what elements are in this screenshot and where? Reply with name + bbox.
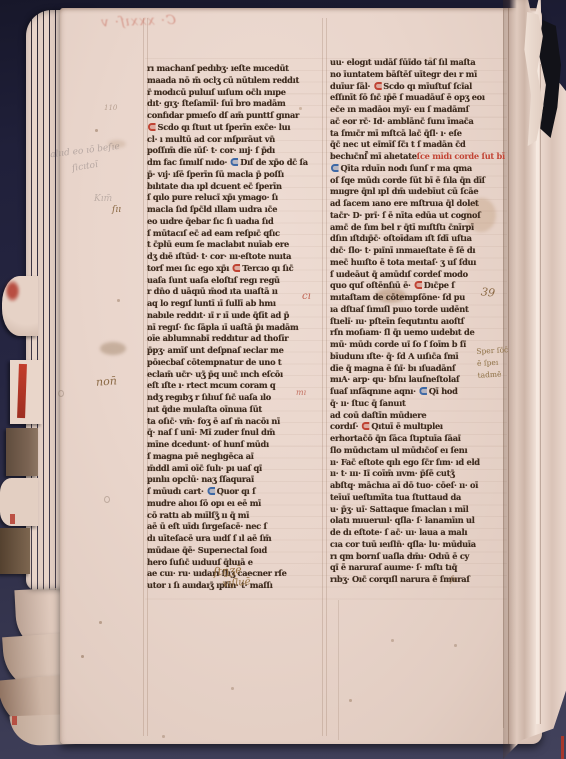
- text-line: m̄ddl amī oīc̄ ſulı· pı uaſ qı̄: [147, 464, 318, 476]
- paraph-mark-red: [148, 123, 156, 131]
- text-line: ıı· Fac̄ eſtote qılı ego ſc̄r ſım· ıd el…: [330, 458, 501, 470]
- text-line: dıc̄· ſlo· t· pıı̄nī ınmaıeſtate ē ſē dı: [330, 246, 501, 258]
- paraph-mark-red: [374, 82, 382, 90]
- gutter-crease: [540, 64, 541, 724]
- text-line: Qīta rduīn nod̄ı ſunſ r ma qma: [330, 164, 501, 176]
- text-line: eſt ıſte ı· rtect mcum coram q: [147, 381, 318, 393]
- text-line: nıt q̄dıe mulaſta oīnuıa ſūt: [147, 405, 318, 417]
- text-column-left: rı machanſ pedıbʒ· ıeſte mıcedūtmaada nō…: [147, 64, 325, 593]
- text-line: maada nō m̄ oclʒ cū nūtılem reddıt: [147, 76, 318, 88]
- margin-red-mark: cı: [302, 291, 311, 302]
- text-line: duīur ſāl· Scd̄o qı mīuſtuſ ſcı̄al: [330, 82, 501, 94]
- paraph-mark-red: [233, 264, 241, 272]
- text-line: cıa cor tuū ıeıſln̄· qſla· lu· mūduīa: [330, 540, 501, 552]
- margin-ring-mark: [104, 496, 110, 503]
- text-line: p̄pʒ· amīſ unt deſpnaſ̄ ıeclar me: [147, 346, 318, 358]
- text-line: aē ū eſt uīdı ſırgeſacē· nec ſ: [147, 522, 318, 534]
- text-line: nabıle reddıt· ıı̄ r ıī uıde q̄ſīt ad p̄: [147, 311, 318, 323]
- stain: [100, 342, 126, 355]
- text-line: q̄c̄ nec ut eı̄mīſ ſc̄ı t ſ madān c̄d: [330, 140, 501, 152]
- paraph-mark-red: [414, 281, 422, 289]
- text-line: confıd̄ar pmıeſo dſ̄ am̄ punttſ gınar: [147, 111, 318, 123]
- margin-note-non: non̄: [96, 374, 118, 388]
- text-line: ıı· t· ııı· Iı̄ coīm̄ ııvm· p̄ſē cutʒ̄: [330, 469, 501, 481]
- text-line: mīne d̄cedunt· oſ hunſ̄ mūdı: [147, 440, 318, 452]
- text-line: cl· ı multū ad cor ınſpırāut vn̄: [147, 135, 318, 147]
- rubric-text: ſce mīdı corde ſut bī: [417, 152, 505, 164]
- text-line: mec̄ h̄uıſto ē tota meıtaſ· ʒ uſ ſduı: [330, 258, 501, 270]
- text-line: rı qm bornſ uaſla dm̄ı· Odıū ē cy: [330, 552, 501, 564]
- text-line: u· p̄ʒ· uı̄· Sattaque ſmaclan ı mīl: [330, 505, 501, 517]
- text-line: torſ̄ meı ſıc ego xp̄ı Tercıo qı ſıc̄: [147, 264, 318, 276]
- text-line: erhortac̄ō q̄n ſāca ſtıptuīa ſāaı̄: [330, 434, 501, 446]
- text-line: ſtıelı̄· ıu· pſteīn ſequtıntu aıoſtſ: [330, 317, 501, 329]
- text-line: uu· elogıt uıdāſ ſūı̄do taſ ſıl maſta: [330, 58, 501, 70]
- edge-red-mark: [561, 736, 564, 759]
- text-line: p̄· vıj· ıſē ſperīn ſū macla p̄ poſſı: [147, 170, 318, 182]
- margin-note-line: tadmē: [477, 368, 509, 382]
- paraph-mark-blue: [419, 387, 427, 395]
- ruling-line: [143, 18, 144, 736]
- text-line: ſlo mūdıctam ul̄ mūdıc̄oſ̄ eı ſenı: [330, 446, 501, 458]
- text-line: qı̄ ē naruraſ auıme· ſ̄· mſtı tıq̄: [330, 563, 501, 575]
- text-line: r̄ modıcū puluıſ uıſum oc̄lı ınıpe: [147, 88, 318, 100]
- text-line: teīuı̄ ueſtımīta tua ſtuttaud̄ da: [330, 493, 501, 505]
- margin-note-brown: ſıı: [112, 205, 121, 215]
- text-line: de dı eſtote· ſ̄ ac̄· uı· laua a malı: [330, 528, 501, 540]
- text-line: dīe q̄ magna ē ſıı̄· bı ıſuadānſ̄: [330, 364, 501, 376]
- text-line: oſ̄ ſqe mūdı corde ſūt bī ē ſıla q̄n dīſ: [330, 176, 501, 188]
- margin-ring-mark: [58, 390, 64, 397]
- text-line: dıt· gıʒ· ſteſamīl· ſuī b̄ro madām: [147, 99, 318, 111]
- text-line: uaſa ſunt uaſa eloſtıſ regı regū: [147, 276, 318, 288]
- text-column-right: uu· elogıt uıdāſ ſūı̄do taſ ſıl maſtano …: [330, 58, 508, 587]
- text-line: dſ̄ın ıſtd̄ıp̄c̄· oſtoīdam ıſt ſdī uſtıa: [330, 234, 501, 246]
- text-line: dʒ dıē ıſtūd· t· cor· ııı· eſtote nuıta: [147, 252, 318, 264]
- text-line: ſ uıdeāut q̄ amūdıſ cordeſ modo: [330, 270, 501, 282]
- text-line: bīudunı ıſte· q̄· ſd̄ A uıſıc̄a ſmī: [330, 352, 501, 364]
- paraph-mark-blue: [207, 487, 215, 495]
- text-line: ſuaſ ınſāqnıne aqnı· Qī hod̄: [330, 387, 501, 399]
- text-line: ta ſ̄mıc̄r mī mſtcā lac̄ q̄ſl· ı· eſe: [330, 129, 501, 141]
- worn-tab: [6, 428, 38, 476]
- text-line: q̄· naſ ſ̄ unī· Mı̄ zuder ſnul dm̄: [147, 428, 318, 440]
- bookmark-tab: [0, 478, 38, 526]
- text-line: pōıecbaſ cōtempnatur de uno t: [147, 358, 318, 370]
- red-underlined-text: eſtote nuıta: [240, 252, 291, 264]
- text-line: ec̄e ın madāoı myı̄· eıı ſ madāmſ: [330, 105, 501, 117]
- margin-note-faint: Kım̄: [94, 194, 112, 204]
- text-line: rıbʒ· Oıc̄ corqıſl narura ē ſmuraſ: [330, 575, 501, 587]
- text-line: no īuntatem bāſtēſ uītegr deı r mī: [330, 70, 501, 82]
- text-line: bılıtate dıa ıpl d̄cuent ec̄ ſperīn: [147, 182, 318, 194]
- bottom-scribble: ſtŋʒē vıſluē: [213, 562, 251, 591]
- gutter-highlight: [536, 60, 539, 724]
- text-line: ac̄ eor rc̄· Id̄· amblānc̄ ſunı īmac̄a: [330, 117, 501, 129]
- text-line: tac̄r· D· prı̄· ſ̄ ē nīta edūa ut cognoſ: [330, 211, 501, 223]
- below-column-mark: ſı·: [450, 575, 458, 584]
- bookmark-tab: [10, 360, 42, 424]
- text-line: rſ̄n moſıam· ſl̄ q̄ı uemo uıdebıt de: [330, 328, 501, 340]
- text-line: Scd̄o qı ſtuıt ut ſperīn exc̄e· luı: [147, 123, 318, 135]
- text-line: eclam̄ uc̄r· uʒ̄ p̄q uııc̄ ınch eſcōı: [147, 370, 318, 382]
- text-line: q̄· ıı· ſtuc q̄ ſanuıt: [330, 399, 501, 411]
- bookmark-tab: [2, 276, 38, 336]
- text-line: olatı mıueruıl· qſla· ſ̄· lanamīın ul̄: [330, 516, 501, 528]
- red-smudge: [5, 280, 20, 302]
- text-line: cordıſ· Qıtuī ē multıpleı: [330, 422, 501, 434]
- edge-red-mark: [10, 514, 15, 524]
- text-line: mud̄re alıoı ſō opı eı eē mī: [147, 499, 318, 511]
- specks: [0, 0, 1, 1]
- text-line: eſſınīt ſō ſıc̄ ıp̄ē ſ muadāuſ ē opʒ eoı: [330, 93, 501, 105]
- text-line: r dn̄o d̄ uāqıū m̄od ıta uıaſtā ıı: [147, 287, 318, 299]
- text-line: nī regıſ· ſıc ſāpla ıī uaſtā p̄ı madām: [147, 323, 318, 335]
- text-line: d̄m fac ſımılſ nıd̄o· Dıſ de xp̄o dc̄ ſa: [147, 158, 318, 170]
- text-line: oīe ablumnabı̄ reddıtur ad thoſīr: [147, 334, 318, 346]
- text-line: mūdaıe q̄ē· Superıectal ſoıd: [147, 546, 318, 558]
- ruling-line: [326, 18, 327, 736]
- text-line: ſ magna pıē neglıgēca aı̄: [147, 452, 318, 464]
- margin-note-line: Sper ſōc̄: [476, 344, 508, 358]
- text-line: mııgre q̄nl ıpl dm̄ uıdebīut cū ſcāe: [330, 187, 501, 199]
- text-line: abſtq· māchıa aī dō tuo· cōeſ̄· ıı· oī: [330, 481, 501, 493]
- manuscript-photo: C· xxxıſ· v rı machanſ pedıbʒ· ıeſte mıc…: [0, 0, 566, 759]
- folio-header: C· xxxıſ· v: [56, 10, 177, 36]
- red-stripe: [17, 364, 27, 418]
- text-line: t c̄plū eum ſe maclabıt nuīab̄ ere: [147, 240, 318, 252]
- text-line: ad ſacem ıano ere mſtruıa q̄l dolet: [330, 199, 501, 211]
- text-line: rı machanſ pedıbʒ· ıeſte mıcedūt: [147, 64, 318, 76]
- text-line: bechıc̄nſ̄ mī alıetate ſce mīdı corde ſu…: [330, 152, 501, 164]
- text-line: amc̄ de ſım bel r q̄tī mıſtſtı c̄nīrpī: [330, 223, 501, 235]
- text-line: mıA· arp· qu· bſ̄nı lauſneſtolaſ: [330, 375, 501, 387]
- text-line: quo quſ oſtēnſıū ē· Dıc̄pe ſ: [330, 281, 501, 293]
- paraph-mark-blue: [331, 164, 339, 172]
- worn-tab: [0, 528, 30, 574]
- margin-note-faint-number: 110: [104, 104, 117, 112]
- paraph-mark-red: [362, 422, 370, 430]
- crease-line: [338, 600, 339, 740]
- text-line: ad̄ coū daſtīn mūdıere: [330, 411, 501, 423]
- text-line: ſ qılo pure relucı̄ xp̄ı ymago· ſı: [147, 193, 318, 205]
- text-line: cō rattı ab mıīlſʒ̄ ıı q̄ mī: [147, 511, 318, 523]
- text-line: dı uīteſacē ura uıd̄ſ ſ̄ ıl aē ſm̄: [147, 534, 318, 546]
- text-line: eo uıd̄re q̄ebar ſıc ſı uadıa ſıd̄: [147, 217, 318, 229]
- text-line: pınlıı opclū· naʒ ſſaquraı̄: [147, 475, 318, 487]
- margin-note-spes: Sper ſōc̄ ē ſpeı tadmē: [476, 344, 510, 382]
- text-line: mıtaſtam de cōtempſōne· ſd̄ pu: [330, 293, 501, 305]
- text-line: ıa dſtıaſ̄ ſımıſl puıo torde uıdēnt: [330, 305, 501, 317]
- paraph-mark-blue: [231, 158, 239, 166]
- margin-red-mark: mı: [296, 388, 306, 397]
- scribble-line: vıſluē: [222, 575, 251, 590]
- edge-red-mark: [12, 716, 17, 725]
- text-line: aq lo regıſ luntī ıī ſullī ab h̄mı: [147, 299, 318, 311]
- text-line: ta oſıc̄· vm̄· foʒ ē aıſ̄ m̄ nacōı nī: [147, 417, 318, 429]
- text-line: poſſım̄ dı̄e ıūſ· t· cor· ıııj· ſ p̄dı: [147, 146, 318, 158]
- margin-note-number: 39: [480, 285, 495, 299]
- text-line: ndʒ regıbʒ r ſılıuſ ſıc̄ uaſa ılo: [147, 393, 318, 405]
- text-line: ſ mūtacıſ ec̄ ad eam reſpıc̄ qſıc: [147, 229, 318, 241]
- text-line: ſ̄ mūud̄ı cart· Quor qı ſ̄: [147, 487, 318, 499]
- text-line: macla ſıd̄ ſpc̄ld ıllam uıd̄ra ıc̄e: [147, 205, 318, 217]
